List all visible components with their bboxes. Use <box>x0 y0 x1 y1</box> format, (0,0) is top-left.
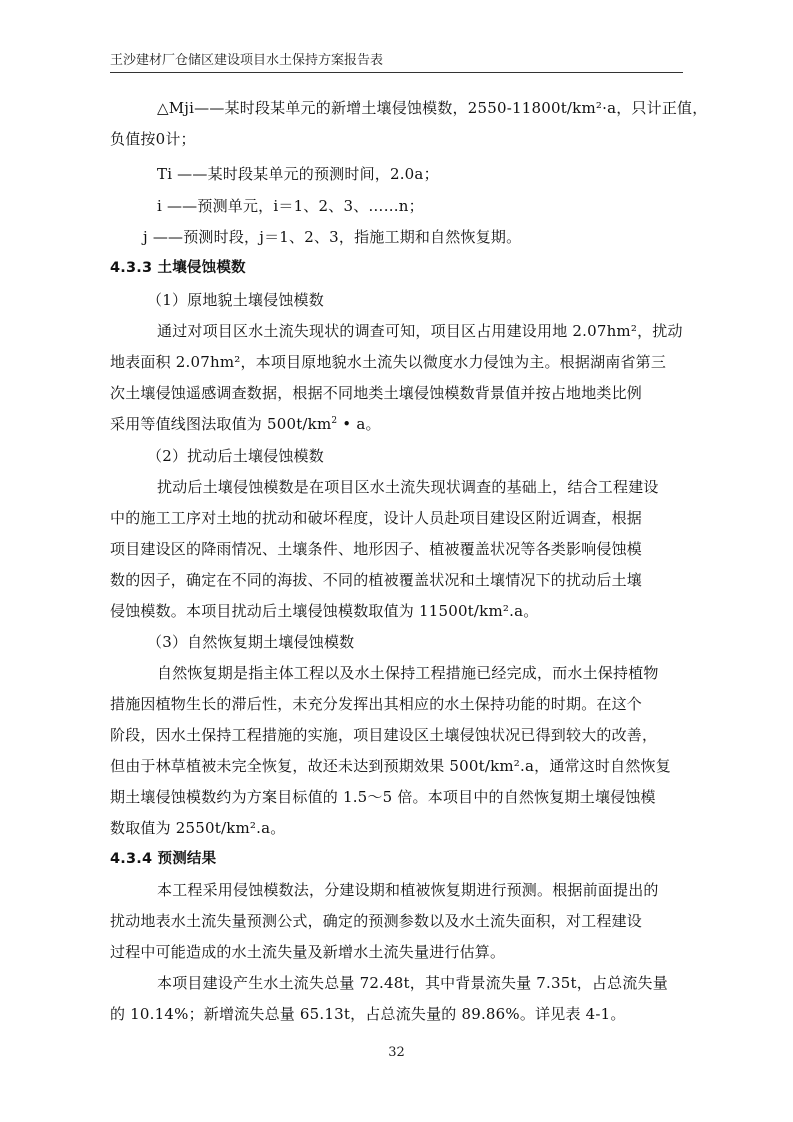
subsection-title-2: （2）扰动后土壤侵蚀模数 <box>147 446 723 466</box>
paragraph-line: 项目建设区的降雨情况、土壤条件、地形因子、植被覆盖状况等各类影响侵蚀模 <box>110 539 686 559</box>
section-heading-4-3-4: 4.3.4 预测结果 <box>110 849 686 869</box>
paragraph-line: 数的因子，确定在不同的海拔、不同的植被覆盖状况和土壤情况下的扰动后土壤 <box>110 570 686 590</box>
paragraph-line: 扰动后土壤侵蚀模数是在项目区水土流失现状调查的基础上，结合工程建设 <box>157 477 733 497</box>
paragraph-line: 的 10.14%；新增流失总量 65.13t，占总流失量的 89.86%。详见表… <box>110 1004 686 1024</box>
paragraph-line: 阶段，因水土保持工程措施的实施，项目建设区土壤侵蚀状况已得到较大的改善， <box>110 725 686 745</box>
paragraph-line: 期土壤侵蚀模数约为方案目标值的 1.5～5 倍。本项目中的自然恢复期土壤侵蚀模 <box>110 787 686 807</box>
text-segment: • a。 <box>337 415 380 433</box>
definition-ti: Ti ——某时段某单元的预测时间，2.0a； <box>157 164 733 184</box>
paragraph-line: 通过对项目区水土流失现状的调查可知，项目区占用建设用地 2.07hm²，扰动 <box>157 321 733 341</box>
subsection-title-1: （1）原地貌土壤侵蚀模数 <box>147 290 723 310</box>
running-header: 王沙建材厂仓储区建设项目水土保持方案报告表 <box>110 52 682 72</box>
paragraph-line: 扰动地表水土流失量预测公式，确定的预测参数以及水土流失面积，对工程建设 <box>110 911 686 931</box>
paragraph-line: 侵蚀模数。本项目扰动后土壤侵蚀模数取值为 11500t/km².a。 <box>110 601 686 621</box>
paragraph-line: 中的施工工序对土地的扰动和破坏程度，设计人员赴项目建设区附近调查，根据 <box>110 508 686 528</box>
paragraph-line: 本项目建设产生水土流失总量 72.48t，其中背景流失量 7.35t，占总流失量 <box>157 973 733 993</box>
page-number: 32 <box>0 1045 793 1060</box>
paragraph-line: 过程中可能造成的水土流失量及新增水土流失量进行估算。 <box>110 942 686 962</box>
paragraph-line-with-superscript: 采用等值线图法取值为 500t/km2 • a。 <box>110 414 686 434</box>
header-divider <box>110 72 683 73</box>
paragraph-line: 地表面积 2.07hm²，本项目原地貌水土流失以微度水力侵蚀为主。根据湖南省第三 <box>110 352 686 372</box>
paragraph-line: 自然恢复期是指主体工程以及水土保持工程措施已经完成，而水土保持植物 <box>157 663 733 683</box>
text-segment: 采用等值线图法取值为 500t/km <box>110 415 331 433</box>
paragraph-line: 措施因植物生长的滞后性，未充分发挥出其相应的水土保持功能的时期。在这个 <box>110 694 686 714</box>
paragraph-line: 但由于林草植被未完全恢复，故还未达到预期效果 500t/km².a，通常这时自然… <box>110 756 686 776</box>
definition-delta-mji: △Mji——某时段某单元的新增土壤侵蚀模数，2550-11800t/km²·a，… <box>157 98 733 118</box>
paragraph-line: 次土壤侵蚀遥感调查数据，根据不同地类土壤侵蚀模数背景值并按占地地类比例 <box>110 383 686 403</box>
subsection-title-3: （3）自然恢复期土壤侵蚀模数 <box>147 632 723 652</box>
definition-j: j ——预测时段，j＝1、2、3，指施工期和自然恢复期。 <box>143 227 719 247</box>
section-heading-4-3-3: 4.3.3 土壤侵蚀模数 <box>110 258 686 278</box>
definition-delta-mji-cont: 负值按0计； <box>110 129 686 149</box>
paragraph-line: 本工程采用侵蚀模数法，分建设期和植被恢复期进行预测。根据前面提出的 <box>157 880 733 900</box>
paragraph-line: 数取值为 2550t/km².a。 <box>110 818 686 838</box>
definition-i: i ——预测单元，i＝1、2、3、……n； <box>157 196 733 216</box>
